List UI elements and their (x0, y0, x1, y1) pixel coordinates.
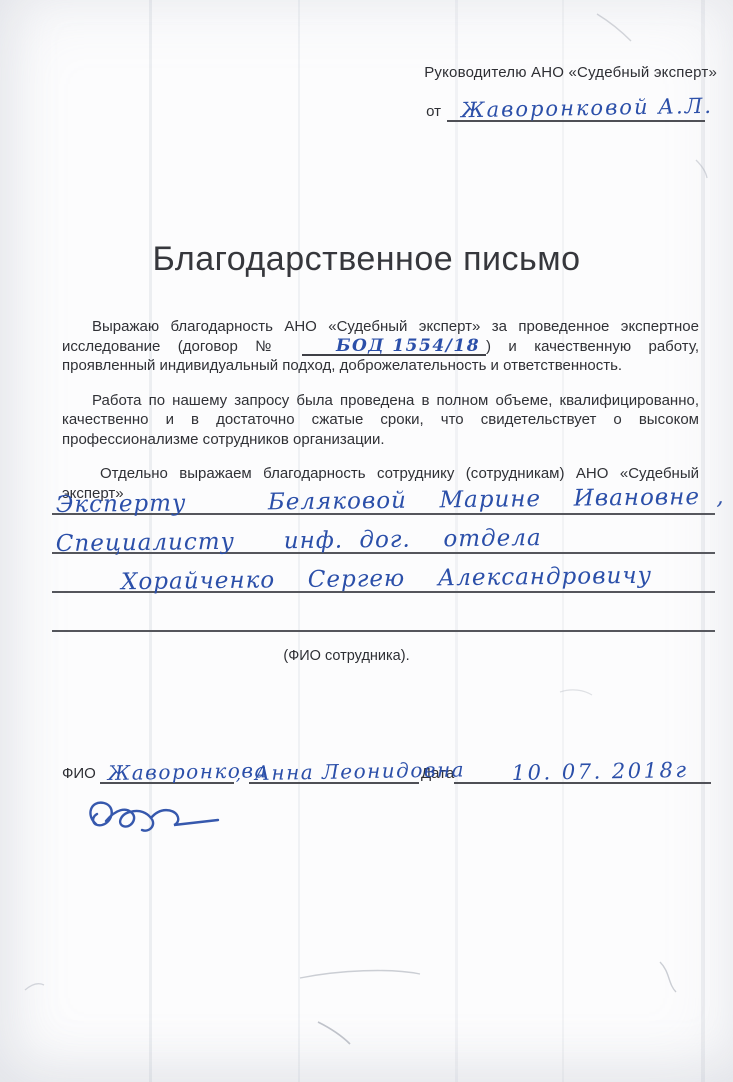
date-handwritten: 10. 07. 2018г (512, 758, 689, 785)
from-underline: Жаворонковой А.Л. (447, 92, 705, 122)
footer-row: ФИО Жаворонкова , Анна Леонидовна Дата 1… (62, 756, 711, 784)
from-row: от Жаворонковой А.Л. (426, 92, 705, 122)
employee-line-3: Хорайченко Сергею Александровичу (52, 554, 715, 593)
date-underline: 10. 07. 2018г (454, 756, 711, 784)
signature-scribble (80, 784, 225, 846)
employee-line-2: Специалисту инф. дог. отдела (52, 515, 715, 554)
letter-title: Благодарственное письмо (0, 240, 733, 279)
fio-handwritten-surname: Жаворонкова (107, 758, 268, 785)
employee-line-4-empty (52, 593, 715, 632)
from-label: от (426, 103, 447, 122)
paragraph-gratitude: Выражаю благодарность АНО «Судебный эксп… (62, 317, 699, 376)
fio-label: ФИО (62, 765, 96, 784)
fio-underline-2: Анна Леонидовна (249, 756, 419, 784)
employee-line-1: Эксперту Беляковой Марине Ивановне , (52, 476, 715, 515)
contract-number-handwritten: БОД 1554/18 (302, 339, 486, 356)
paragraph-work-quality: Работа по нашему запросу была проведена … (62, 391, 699, 450)
employee-line-3-handwriting: Хорайченко Сергею Александровичу (56, 563, 652, 596)
from-handwritten-name: Жаворонковой А.Л. (461, 94, 713, 122)
scanned-thank-you-letter: Руководителю АНО «Судебный эксперт» от Ж… (0, 0, 733, 1082)
fio-handwritten-name-patronymic: Анна Леонидовна (255, 757, 466, 785)
employee-line-1-handwriting: Эксперту Беляковой Марине Ивановне , (56, 484, 725, 518)
recipient-line: Руководителю АНО «Судебный эксперт» (424, 64, 717, 81)
employee-line-2-handwriting: Специалисту инф. дог. отдела (56, 525, 542, 557)
fio-caption: (ФИО сотрудника). (0, 648, 693, 664)
employee-lines-block: Эксперту Беляковой Марине Ивановне , Спе… (52, 476, 715, 632)
fio-underline-1: Жаворонкова (100, 756, 234, 784)
